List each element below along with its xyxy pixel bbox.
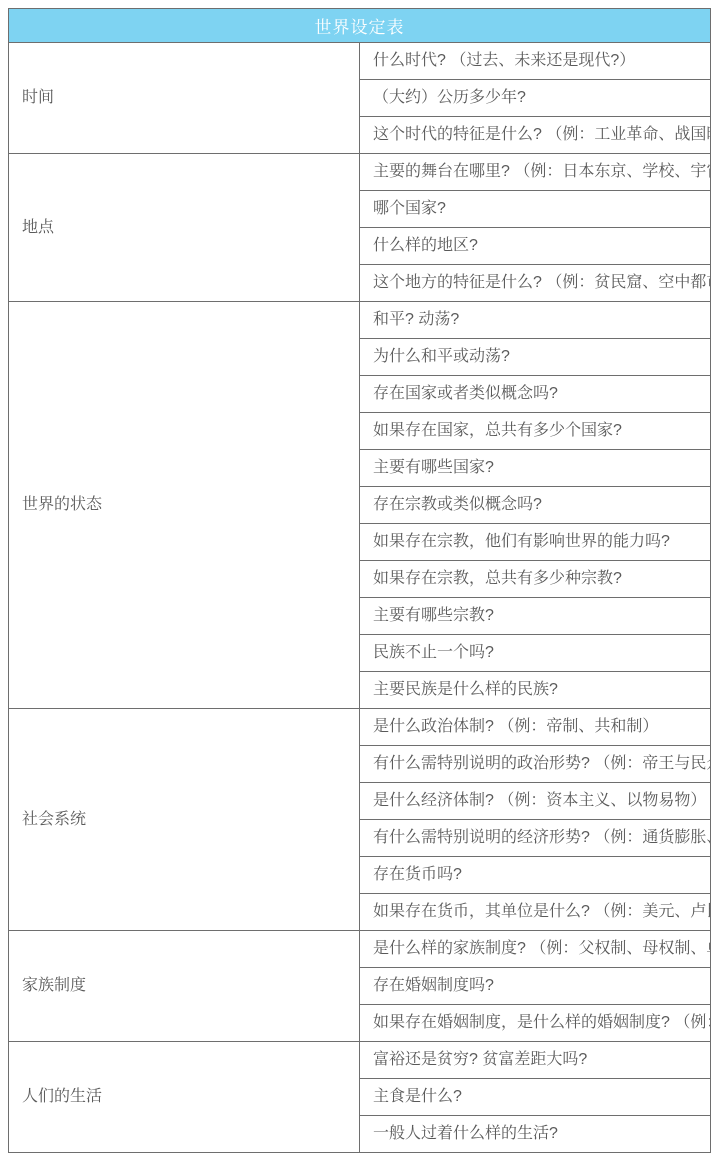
category-social-system: 社会系统 xyxy=(9,709,360,931)
question-cell: 这个地方的特征是什么? （例：贫民窟、空中都市） xyxy=(360,265,711,302)
question-cell: 存在宗教或类似概念吗? xyxy=(360,487,711,524)
question-cell: 主要有哪些国家? xyxy=(360,450,711,487)
question-cell: 有什么需特别说明的经济形势? （例：通货膨胀、贸易国） xyxy=(360,820,711,857)
question-cell: 主食是什么? xyxy=(360,1079,711,1116)
question-cell: 有什么需特别说明的政治形势? （例：帝王与民众的对立） xyxy=(360,746,711,783)
question-cell: 如果存在宗教，总共有多少种宗教? xyxy=(360,561,711,598)
table-title: 世界设定表 xyxy=(9,9,711,43)
table-row: 社会系统 是什么政治体制? （例：帝制、共和制） xyxy=(9,709,711,746)
category-place: 地点 xyxy=(9,154,360,302)
question-cell: 存在国家或者类似概念吗? xyxy=(360,376,711,413)
question-cell: 和平? 动荡? xyxy=(360,302,711,339)
question-cell: 是什么样的家族制度? （例：父权制、母权制、单子继承制） xyxy=(360,931,711,968)
question-cell: 哪个国家? xyxy=(360,191,711,228)
question-cell: 什么样的地区? xyxy=(360,228,711,265)
question-cell: 富裕还是贫穷? 贫富差距大吗? xyxy=(360,1042,711,1079)
question-cell: 主要民族是什么样的民族? xyxy=(360,672,711,709)
question-cell: 主要有哪些宗教? xyxy=(360,598,711,635)
table-row: 世界的状态 和平? 动荡? xyxy=(9,302,711,339)
table-row: 人们的生活 富裕还是贫穷? 贫富差距大吗? xyxy=(9,1042,711,1079)
question-cell: 如果存在货币，其单位是什么? （例：美元、卢比） xyxy=(360,894,711,931)
question-cell: （大约）公历多少年? xyxy=(360,80,711,117)
table-row: 家族制度 是什么样的家族制度? （例：父权制、母权制、单子继承制） xyxy=(9,931,711,968)
question-cell: 一般人过着什么样的生活? xyxy=(360,1116,711,1153)
question-cell: 如果存在婚姻制度，是什么样的婚姻制度? （例：一夫一妻制） xyxy=(360,1005,711,1042)
question-cell: 如果存在宗教，他们有影响世界的能力吗? xyxy=(360,524,711,561)
world-setting-table: 世界设定表 时间 什么时代? （过去、未来还是现代?） （大约）公历多少年? 这… xyxy=(8,8,711,1153)
question-cell: 存在婚姻制度吗? xyxy=(360,968,711,1005)
table-row: 时间 什么时代? （过去、未来还是现代?） xyxy=(9,43,711,80)
question-cell: 这个时代的特征是什么? （例：工业革命、战国时代） xyxy=(360,117,711,154)
category-family-system: 家族制度 xyxy=(9,931,360,1042)
category-peoples-life: 人们的生活 xyxy=(9,1042,360,1153)
page: 世界设定表 时间 什么时代? （过去、未来还是现代?） （大约）公历多少年? 这… xyxy=(0,0,719,1167)
category-time: 时间 xyxy=(9,43,360,154)
category-world-state: 世界的状态 xyxy=(9,302,360,709)
question-cell: 是什么经济体制? （例：资本主义、以物易物） xyxy=(360,783,711,820)
question-cell: 存在货币吗? xyxy=(360,857,711,894)
question-cell: 是什么政治体制? （例：帝制、共和制） xyxy=(360,709,711,746)
table-row: 地点 主要的舞台在哪里? （例：日本东京、学校、宇宙） xyxy=(9,154,711,191)
question-cell: 民族不止一个吗? xyxy=(360,635,711,672)
question-cell: 为什么和平或动荡? xyxy=(360,339,711,376)
question-cell: 什么时代? （过去、未来还是现代?） xyxy=(360,43,711,80)
question-cell: 主要的舞台在哪里? （例：日本东京、学校、宇宙） xyxy=(360,154,711,191)
question-cell: 如果存在国家，总共有多少个国家? xyxy=(360,413,711,450)
header-row: 世界设定表 xyxy=(9,9,711,43)
